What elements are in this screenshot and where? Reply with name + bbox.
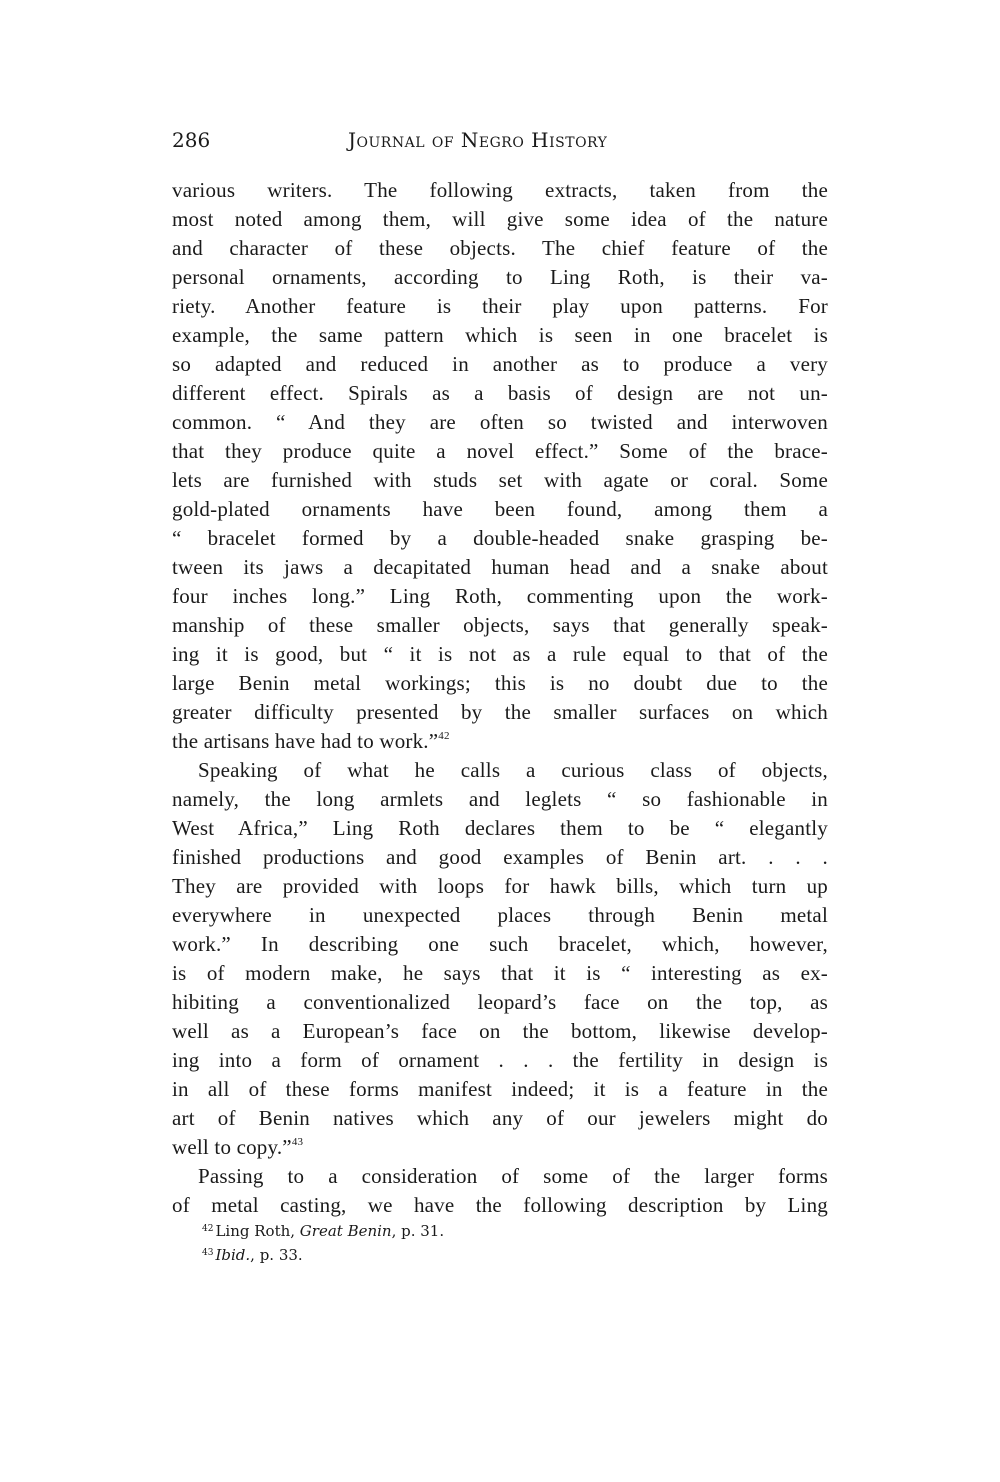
text-line: in all of these forms manifest indeed; i… — [172, 1075, 828, 1104]
text-line-content: large Benin metal workings; this is no d… — [172, 671, 828, 695]
text-line: art of Benin natives which any of our je… — [172, 1104, 828, 1133]
text-line-content: personal ornaments, according to Ling Ro… — [172, 265, 828, 289]
text-line: gold-plated ornaments have been found, a… — [172, 495, 828, 524]
text-line: Speaking of what he calls a curious clas… — [172, 756, 828, 785]
text-line-content: “ bracelet formed by a double-headed sna… — [172, 526, 828, 550]
text-line-content: art of Benin natives which any of our je… — [172, 1106, 828, 1130]
text-line-content: tween its jaws a decapitated human head … — [172, 555, 828, 579]
text-line-content: West Africa,” Ling Roth declares them to… — [172, 816, 828, 840]
text-line-content: gold-plated ornaments have been found, a… — [172, 497, 828, 521]
text-line: everywhere in unexpected places through … — [172, 901, 828, 930]
running-head: 286 Journal of Negro History — [172, 128, 828, 156]
text-line: ing it is good, but “ it is not as a rul… — [172, 640, 828, 669]
body-text: various writers. The following extracts,… — [172, 176, 828, 1220]
text-line: work.” In describing one such bracelet, … — [172, 930, 828, 959]
text-line: ing into a form of ornament . . . the fe… — [172, 1046, 828, 1075]
text-line-content: various writers. The following extracts,… — [172, 178, 828, 202]
text-line: personal ornaments, according to Ling Ro… — [172, 263, 828, 292]
text-line-content: well to copy.” — [172, 1135, 292, 1159]
journal-title: Journal of Negro History — [348, 128, 607, 152]
text-line-content: in all of these forms manifest indeed; i… — [172, 1077, 828, 1101]
text-line-content: riety. Another feature is their play upo… — [172, 294, 828, 318]
text-line-content: ing into a form of ornament . . . the fe… — [172, 1048, 828, 1072]
footnote-reference[interactable]: 42 — [438, 730, 449, 742]
text-line-content: hibiting a conventionalized leopard’s fa… — [172, 990, 828, 1014]
text-line-content: manship of these smaller objects, says t… — [172, 613, 828, 637]
text-line-content: of metal casting, we have the following … — [172, 1193, 828, 1217]
text-line-content: so adapted and reduced in another as to … — [172, 352, 828, 376]
text-line-content: different effect. Spirals as a basis of … — [172, 381, 828, 405]
text-line-content: namely, the long armlets and leglets “ s… — [172, 787, 828, 811]
text-line-content: common. “ And they are often so twisted … — [172, 410, 828, 434]
text-line-content: everywhere in unexpected places through … — [172, 903, 828, 927]
text-line-content: and character of these objects. The chie… — [172, 236, 828, 260]
text-line: various writers. The following extracts,… — [172, 176, 828, 205]
text-line: large Benin metal workings; this is no d… — [172, 669, 828, 698]
text-line: West Africa,” Ling Roth declares them to… — [172, 814, 828, 843]
text-line: Passing to a consideration of some of th… — [172, 1162, 828, 1191]
text-line-content: the artisans have had to work.” — [172, 729, 438, 753]
text-line: finished productions and good examples o… — [172, 843, 828, 872]
text-line: different effect. Spirals as a basis of … — [172, 379, 828, 408]
text-line-content: most noted among them, will give some id… — [172, 207, 828, 231]
page-number: 286 — [172, 128, 210, 152]
footnote-reference[interactable]: 43 — [292, 1136, 303, 1148]
text-line: lets are furnished with studs set with a… — [172, 466, 828, 495]
text-line-content: lets are furnished with studs set with a… — [172, 468, 828, 492]
text-line: well as a European’s face on the bottom,… — [172, 1017, 828, 1046]
text-line-content: They are provided with loops for hawk bi… — [172, 874, 828, 898]
text-line: namely, the long armlets and leglets “ s… — [172, 785, 828, 814]
footnote-page: , p. 33. — [250, 1246, 303, 1264]
footnote: 42Ling Roth, Great Benin, p. 31. — [202, 1218, 822, 1242]
text-line: “ bracelet formed by a double-headed sna… — [172, 524, 828, 553]
text-line: greater difficulty presented by the smal… — [172, 698, 828, 727]
text-line-content: Passing to a consideration of some of th… — [198, 1164, 828, 1188]
text-line-content: is of modern make, he says that it is “ … — [172, 961, 828, 985]
text-line: well to copy.”43 — [172, 1133, 828, 1162]
text-line-content: four inches long.” Ling Roth, commenting… — [172, 584, 828, 608]
text-line-content: greater difficulty presented by the smal… — [172, 700, 828, 724]
text-line: riety. Another feature is their play upo… — [172, 292, 828, 321]
text-line: of metal casting, we have the following … — [172, 1191, 828, 1220]
footnote-number: 42 — [202, 1224, 213, 1234]
text-line: manship of these smaller objects, says t… — [172, 611, 828, 640]
footnote-page: , p. 31. — [392, 1222, 445, 1240]
footnote-text: Ling Roth, — [215, 1222, 299, 1240]
footnote-title: Ibid. — [215, 1246, 250, 1264]
text-line: the artisans have had to work.”42 — [172, 727, 828, 756]
text-line: common. “ And they are often so twisted … — [172, 408, 828, 437]
footnote-title: Great Benin — [300, 1222, 392, 1240]
text-line-content: work.” In describing one such bracelet, … — [172, 932, 828, 956]
text-line: hibiting a conventionalized leopard’s fa… — [172, 988, 828, 1017]
text-line-content: well as a European’s face on the bottom,… — [172, 1019, 828, 1043]
footnote-number: 43 — [202, 1248, 213, 1258]
text-line: four inches long.” Ling Roth, commenting… — [172, 582, 828, 611]
text-line: is of modern make, he says that it is “ … — [172, 959, 828, 988]
text-line: and character of these objects. The chie… — [172, 234, 828, 263]
text-line: most noted among them, will give some id… — [172, 205, 828, 234]
footnotes: 42Ling Roth, Great Benin, p. 31.43Ibid.,… — [202, 1218, 822, 1266]
text-line-content: that they produce quite a novel effect.”… — [172, 439, 828, 463]
text-line: tween its jaws a decapitated human head … — [172, 553, 828, 582]
text-line: example, the same pattern which is seen … — [172, 321, 828, 350]
text-line-content: Speaking of what he calls a curious clas… — [198, 758, 828, 782]
text-line: They are provided with loops for hawk bi… — [172, 872, 828, 901]
footnote: 43Ibid., p. 33. — [202, 1242, 822, 1266]
text-line-content: example, the same pattern which is seen … — [172, 323, 828, 347]
text-line-content: ing it is good, but “ it is not as a rul… — [172, 642, 828, 666]
text-line: that they produce quite a novel effect.”… — [172, 437, 828, 466]
text-line-content: finished productions and good examples o… — [172, 845, 828, 869]
text-line: so adapted and reduced in another as to … — [172, 350, 828, 379]
